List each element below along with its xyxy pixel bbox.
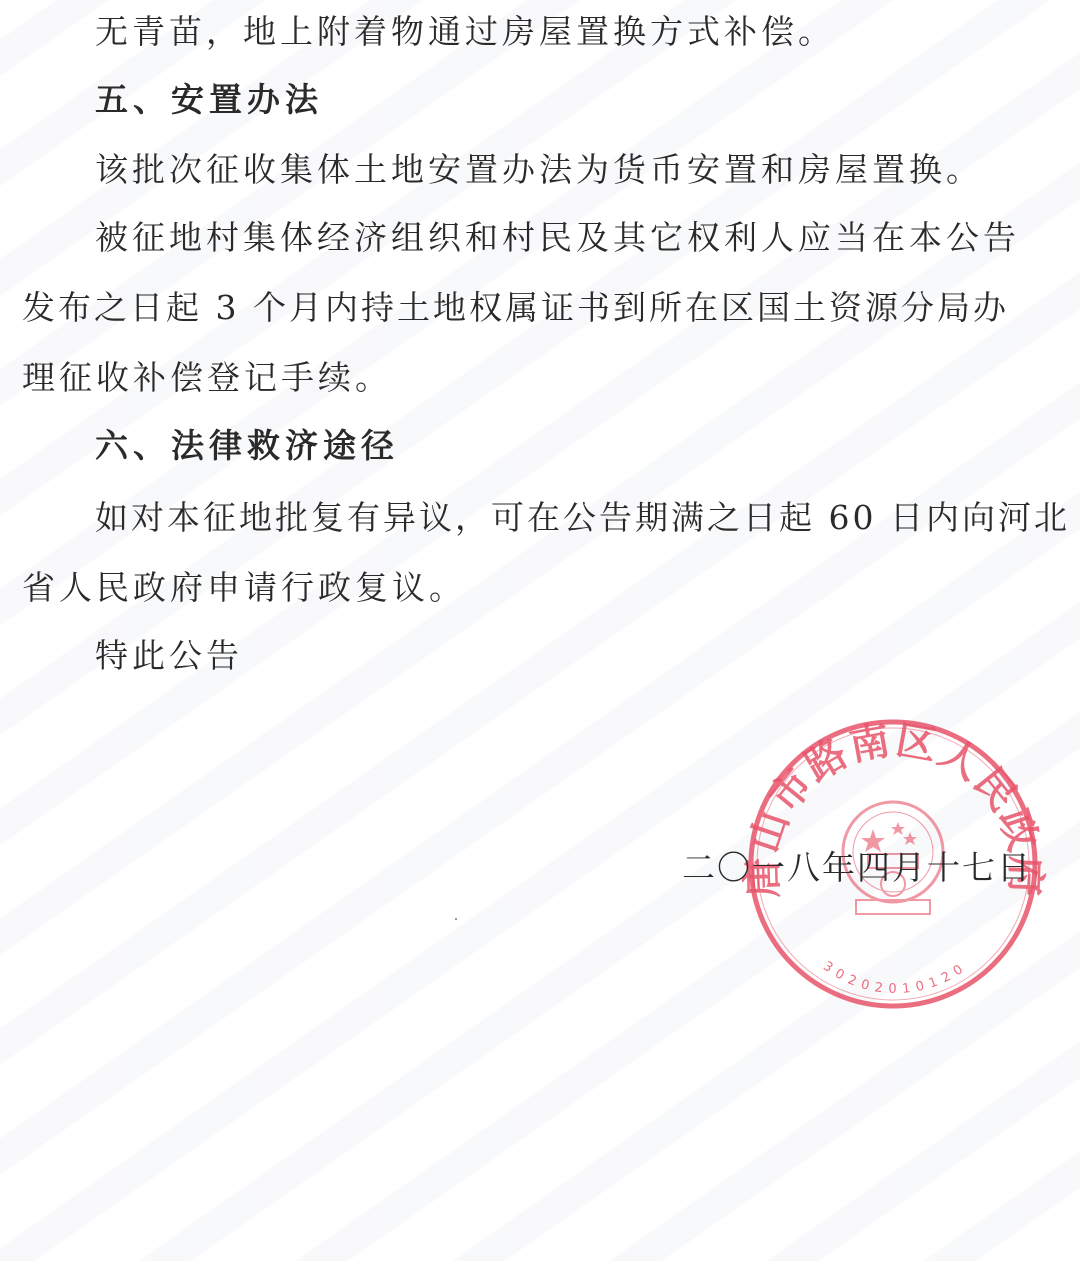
paragraph-line-3: 该批次征收集体土地安置办法为货币安置和房屋置换。: [95, 150, 983, 190]
paragraph-line-4: 被征地村集体经济组织和村民及其它权利人应当在本公告: [95, 218, 1020, 258]
paragraph-line-1: 无青苗，地上附着物通过房屋置换方式补偿。: [95, 12, 835, 52]
paragraph-line-5: 发布之日起 3 个月内持土地权属证书到所在区国土资源分局办: [22, 288, 1009, 328]
section-heading-6: 六、法律救济途径: [95, 426, 399, 466]
section-heading-5: 五、安置办法: [95, 80, 323, 120]
paragraph-line-6: 理征收补偿登记手续。: [22, 358, 392, 398]
paragraph-line-8: 如对本征地批复有异议，可在公告期满之日起 60 日内向河北: [95, 498, 1070, 538]
paragraph-line-9: 省人民政府申请行政复议。: [22, 568, 466, 608]
closing-line: 特此公告: [95, 636, 243, 676]
document-date: 二〇一八年四月十七日: [682, 842, 1032, 889]
scan-speck: [455, 918, 457, 920]
